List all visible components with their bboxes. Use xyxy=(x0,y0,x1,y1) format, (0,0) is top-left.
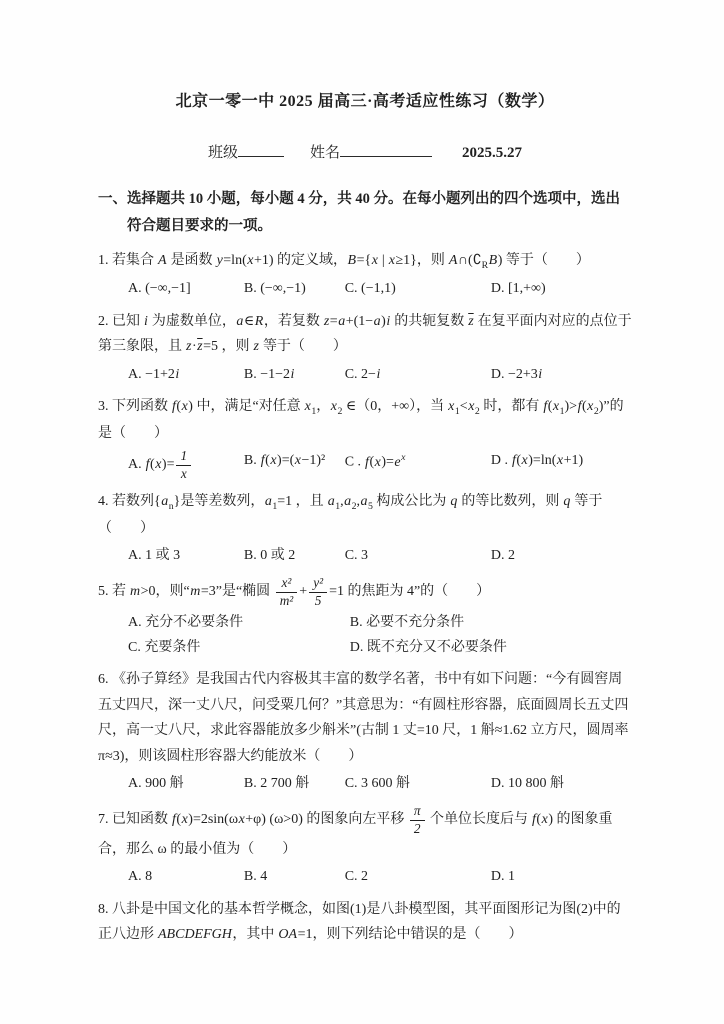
question-3: 3. 下列函数 f(x) 中，满足“对任意 x1，x2 ∈（0，+∞），当 x1… xyxy=(98,394,632,482)
question-2: 2. 已知 i 为虚数单位，a∈R，若复数 z=a+(1−a)i 的共轭复数 z… xyxy=(98,309,632,387)
question-3-option-b: B. f(x)=(x−1)² xyxy=(244,449,345,482)
question-3-option-c: C . f(x)=ex xyxy=(345,449,491,482)
page-title: 北京一零一中 2025 届高三·高考适应性练习（数学） xyxy=(98,88,632,111)
exam-date: 2025.5.27 xyxy=(462,145,522,161)
question-1-option-a: A. (−∞,−1] xyxy=(128,277,244,302)
question-8: 8. 八卦是中国文化的基本哲学概念，如图(1)是八卦模型图，其平面图形记为图(2… xyxy=(98,897,632,948)
question-2-option-c: C. 2−i xyxy=(345,363,491,388)
question-7: 7. 已知函数 f(x)=2sin(ωx+φ) (ω>0) 的图象向左平移 π2… xyxy=(98,804,632,890)
document-body: 北京一零一中 2025 届高三·高考适应性练习（数学） 班级姓名2025.5.2… xyxy=(98,88,632,955)
question-2-option-d: D. −2+3i xyxy=(491,363,632,388)
question-7-option-a: A. 8 xyxy=(128,865,244,890)
question-4-option-d: D. 2 xyxy=(491,544,632,569)
exam-page: 北京一零一中 2025 届高三·高考适应性练习（数学） 班级姓名2025.5.2… xyxy=(0,0,724,1024)
question-1: 1. 若集合 A 是函数 y=ln(x+1) 的定义域，B={x | x≥1}，… xyxy=(98,248,632,302)
question-5-stem: 5. 若 m>0，则“m=3”是“椭圆 x²m²+y²5=1 的焦距为 4”的（… xyxy=(98,576,632,609)
question-1-option-d: D. [1,+∞) xyxy=(491,277,632,302)
question-1-options: A. (−∞,−1] B. (−∞,−1) C. (−1,1) D. [1,+∞… xyxy=(98,277,632,302)
question-2-stem: 2. 已知 i 为虚数单位，a∈R，若复数 z=a+(1−a)i 的共轭复数 z… xyxy=(98,309,632,360)
header-info-line: 班级姓名2025.5.27 xyxy=(98,141,632,162)
name-label: 姓名 xyxy=(310,145,340,161)
question-8-stem: 8. 八卦是中国文化的基本哲学概念，如图(1)是八卦模型图，其平面图形记为图(2… xyxy=(98,897,632,948)
class-fill-in-blank xyxy=(238,142,284,157)
question-7-option-d: D. 1 xyxy=(491,865,632,890)
question-5-option-d: D. 既不充分又不必要条件 xyxy=(350,636,632,661)
question-1-stem: 1. 若集合 A 是函数 y=ln(x+1) 的定义域，B={x | x≥1}，… xyxy=(98,248,632,275)
question-6-option-d: D. 10 800 斛 xyxy=(491,772,632,797)
question-6-option-b: B. 2 700 斛 xyxy=(244,772,345,797)
question-5-option-c: C. 充要条件 xyxy=(128,636,350,661)
class-label: 班级 xyxy=(208,145,238,161)
question-3-options: A. f(x)=1x B. f(x)=(x−1)² C . f(x)=ex D … xyxy=(98,449,632,482)
name-fill-in-blank xyxy=(340,142,432,157)
question-3-option-a: A. f(x)=1x xyxy=(128,449,244,482)
question-6-option-c: C. 3 600 斛 xyxy=(345,772,491,797)
question-6-option-a: A. 900 斛 xyxy=(128,772,244,797)
question-1-option-c: C. (−1,1) xyxy=(345,277,491,302)
question-2-option-a: A. −1+2i xyxy=(128,363,244,388)
question-5: 5. 若 m>0，则“m=3”是“椭圆 x²m²+y²5=1 的焦距为 4”的（… xyxy=(98,576,632,661)
question-3-option-d: D . f(x)=ln(x+1) xyxy=(491,449,632,482)
question-6: 6. 《孙子算经》是我国古代内容极其丰富的数学名著，书中有如下问题：“今有圆窖周… xyxy=(98,667,632,796)
question-4-stem: 4. 若数列{an}是等差数列，a1=1 ，且 a1,a2,a5 构成公比为 q… xyxy=(98,489,632,541)
question-4-option-b: B. 0 或 2 xyxy=(244,544,345,569)
question-2-options: A. −1+2i B. −1−2i C. 2−i D. −2+3i xyxy=(98,363,632,388)
question-4: 4. 若数列{an}是等差数列，a1=1 ，且 a1,a2,a5 构成公比为 q… xyxy=(98,489,632,569)
question-3-stem: 3. 下列函数 f(x) 中，满足“对任意 x1，x2 ∈（0，+∞），当 x1… xyxy=(98,394,632,446)
question-7-options: A. 8 B. 4 C. 2 D. 1 xyxy=(98,865,632,890)
question-1-option-b: B. (−∞,−1) xyxy=(244,277,345,302)
section-one-heading: 一、选择题共 10 小题，每小题 4 分，共 40 分。在每小题列出的四个选项中… xyxy=(98,186,632,240)
question-2-option-b: B. −1−2i xyxy=(244,363,345,388)
question-5-option-a: A. 充分不必要条件 xyxy=(128,611,350,636)
question-5-options: A. 充分不必要条件 B. 必要不充分条件 C. 充要条件 D. 既不充分又不必… xyxy=(98,611,632,660)
question-5-option-b: B. 必要不充分条件 xyxy=(350,611,632,636)
question-4-options: A. 1 或 3 B. 0 或 2 C. 3 D. 2 xyxy=(98,544,632,569)
question-4-option-a: A. 1 或 3 xyxy=(128,544,244,569)
question-6-options: A. 900 斛 B. 2 700 斛 C. 3 600 斛 D. 10 800… xyxy=(98,772,632,797)
question-7-stem: 7. 已知函数 f(x)=2sin(ωx+φ) (ω>0) 的图象向左平移 π2… xyxy=(98,804,632,862)
question-4-option-c: C. 3 xyxy=(345,544,491,569)
question-7-option-b: B. 4 xyxy=(244,865,345,890)
question-7-option-c: C. 2 xyxy=(345,865,491,890)
question-6-stem: 6. 《孙子算经》是我国古代内容极其丰富的数学名著，书中有如下问题：“今有圆窖周… xyxy=(98,667,632,769)
